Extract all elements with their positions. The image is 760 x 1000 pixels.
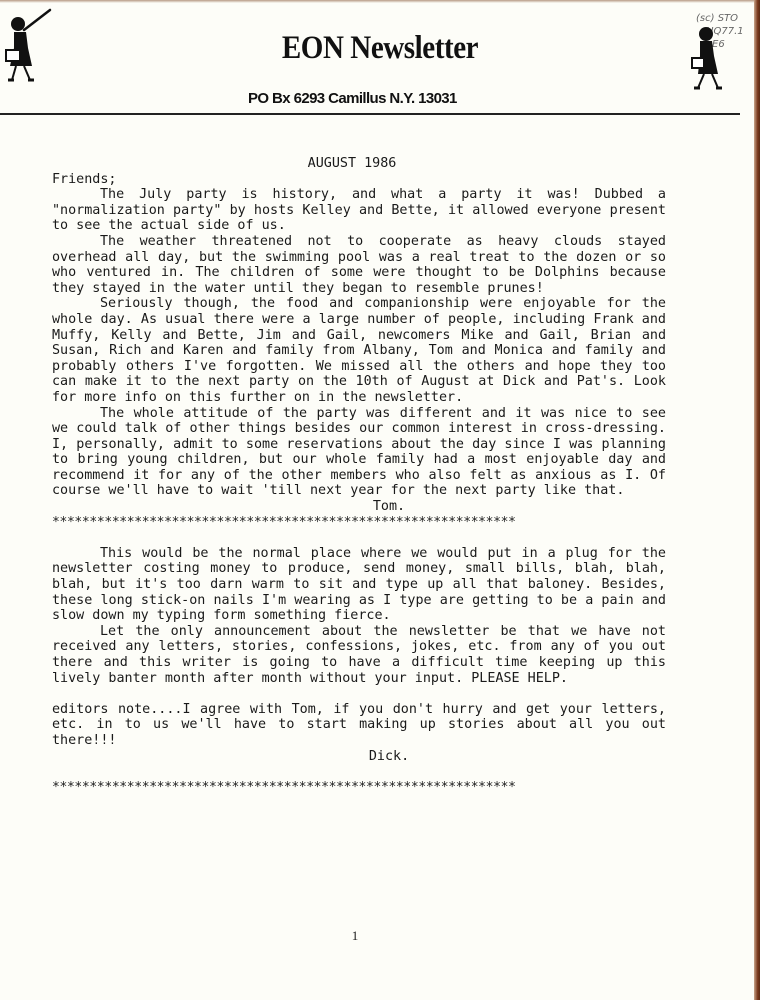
- paragraph: Seriously though, the food and companion…: [52, 296, 666, 405]
- handnote-line: (sc) STO: [696, 12, 744, 25]
- salutation: Friends;: [52, 172, 666, 188]
- page-right-edge: [754, 0, 760, 1000]
- article-party-recap: The July party is history, and what a pa…: [52, 187, 666, 514]
- paragraph: The July party is history, and what a pa…: [52, 187, 666, 234]
- masthead-divider: [0, 113, 740, 115]
- paragraph: This would be the normal place where we …: [52, 546, 666, 624]
- spacer: [52, 686, 666, 702]
- paragraph: The weather threatened not to cooperate …: [52, 234, 666, 296]
- issue-date: AUGUST 1986: [38, 156, 666, 172]
- mailing-address: PO Bx 6293 Camillus N.Y. 13031: [248, 90, 457, 107]
- newsletter-title: EON Newsletter: [46, 30, 715, 67]
- spacer: [52, 764, 666, 780]
- walking-woman-with-briefcase-icon: [688, 26, 728, 92]
- editors-note: editors note....I agree with Tom, if you…: [52, 702, 666, 749]
- spacer: [52, 530, 666, 546]
- article-newsletter-plea: This would be the normal place where we …: [52, 546, 666, 764]
- paragraph: The whole attitude of the party was diff…: [52, 406, 666, 500]
- paragraph: Let the only announcement about the news…: [52, 624, 666, 686]
- page-number: 1: [0, 928, 710, 944]
- newsletter-body: AUGUST 1986 Friends; The July party is h…: [52, 156, 666, 795]
- signature-dick: Dick.: [112, 749, 666, 765]
- asterisk-separator: ****************************************…: [52, 780, 666, 796]
- page-top-edge: [0, 0, 760, 3]
- signature-tom: Tom.: [112, 499, 666, 515]
- asterisk-separator: ****************************************…: [52, 515, 666, 531]
